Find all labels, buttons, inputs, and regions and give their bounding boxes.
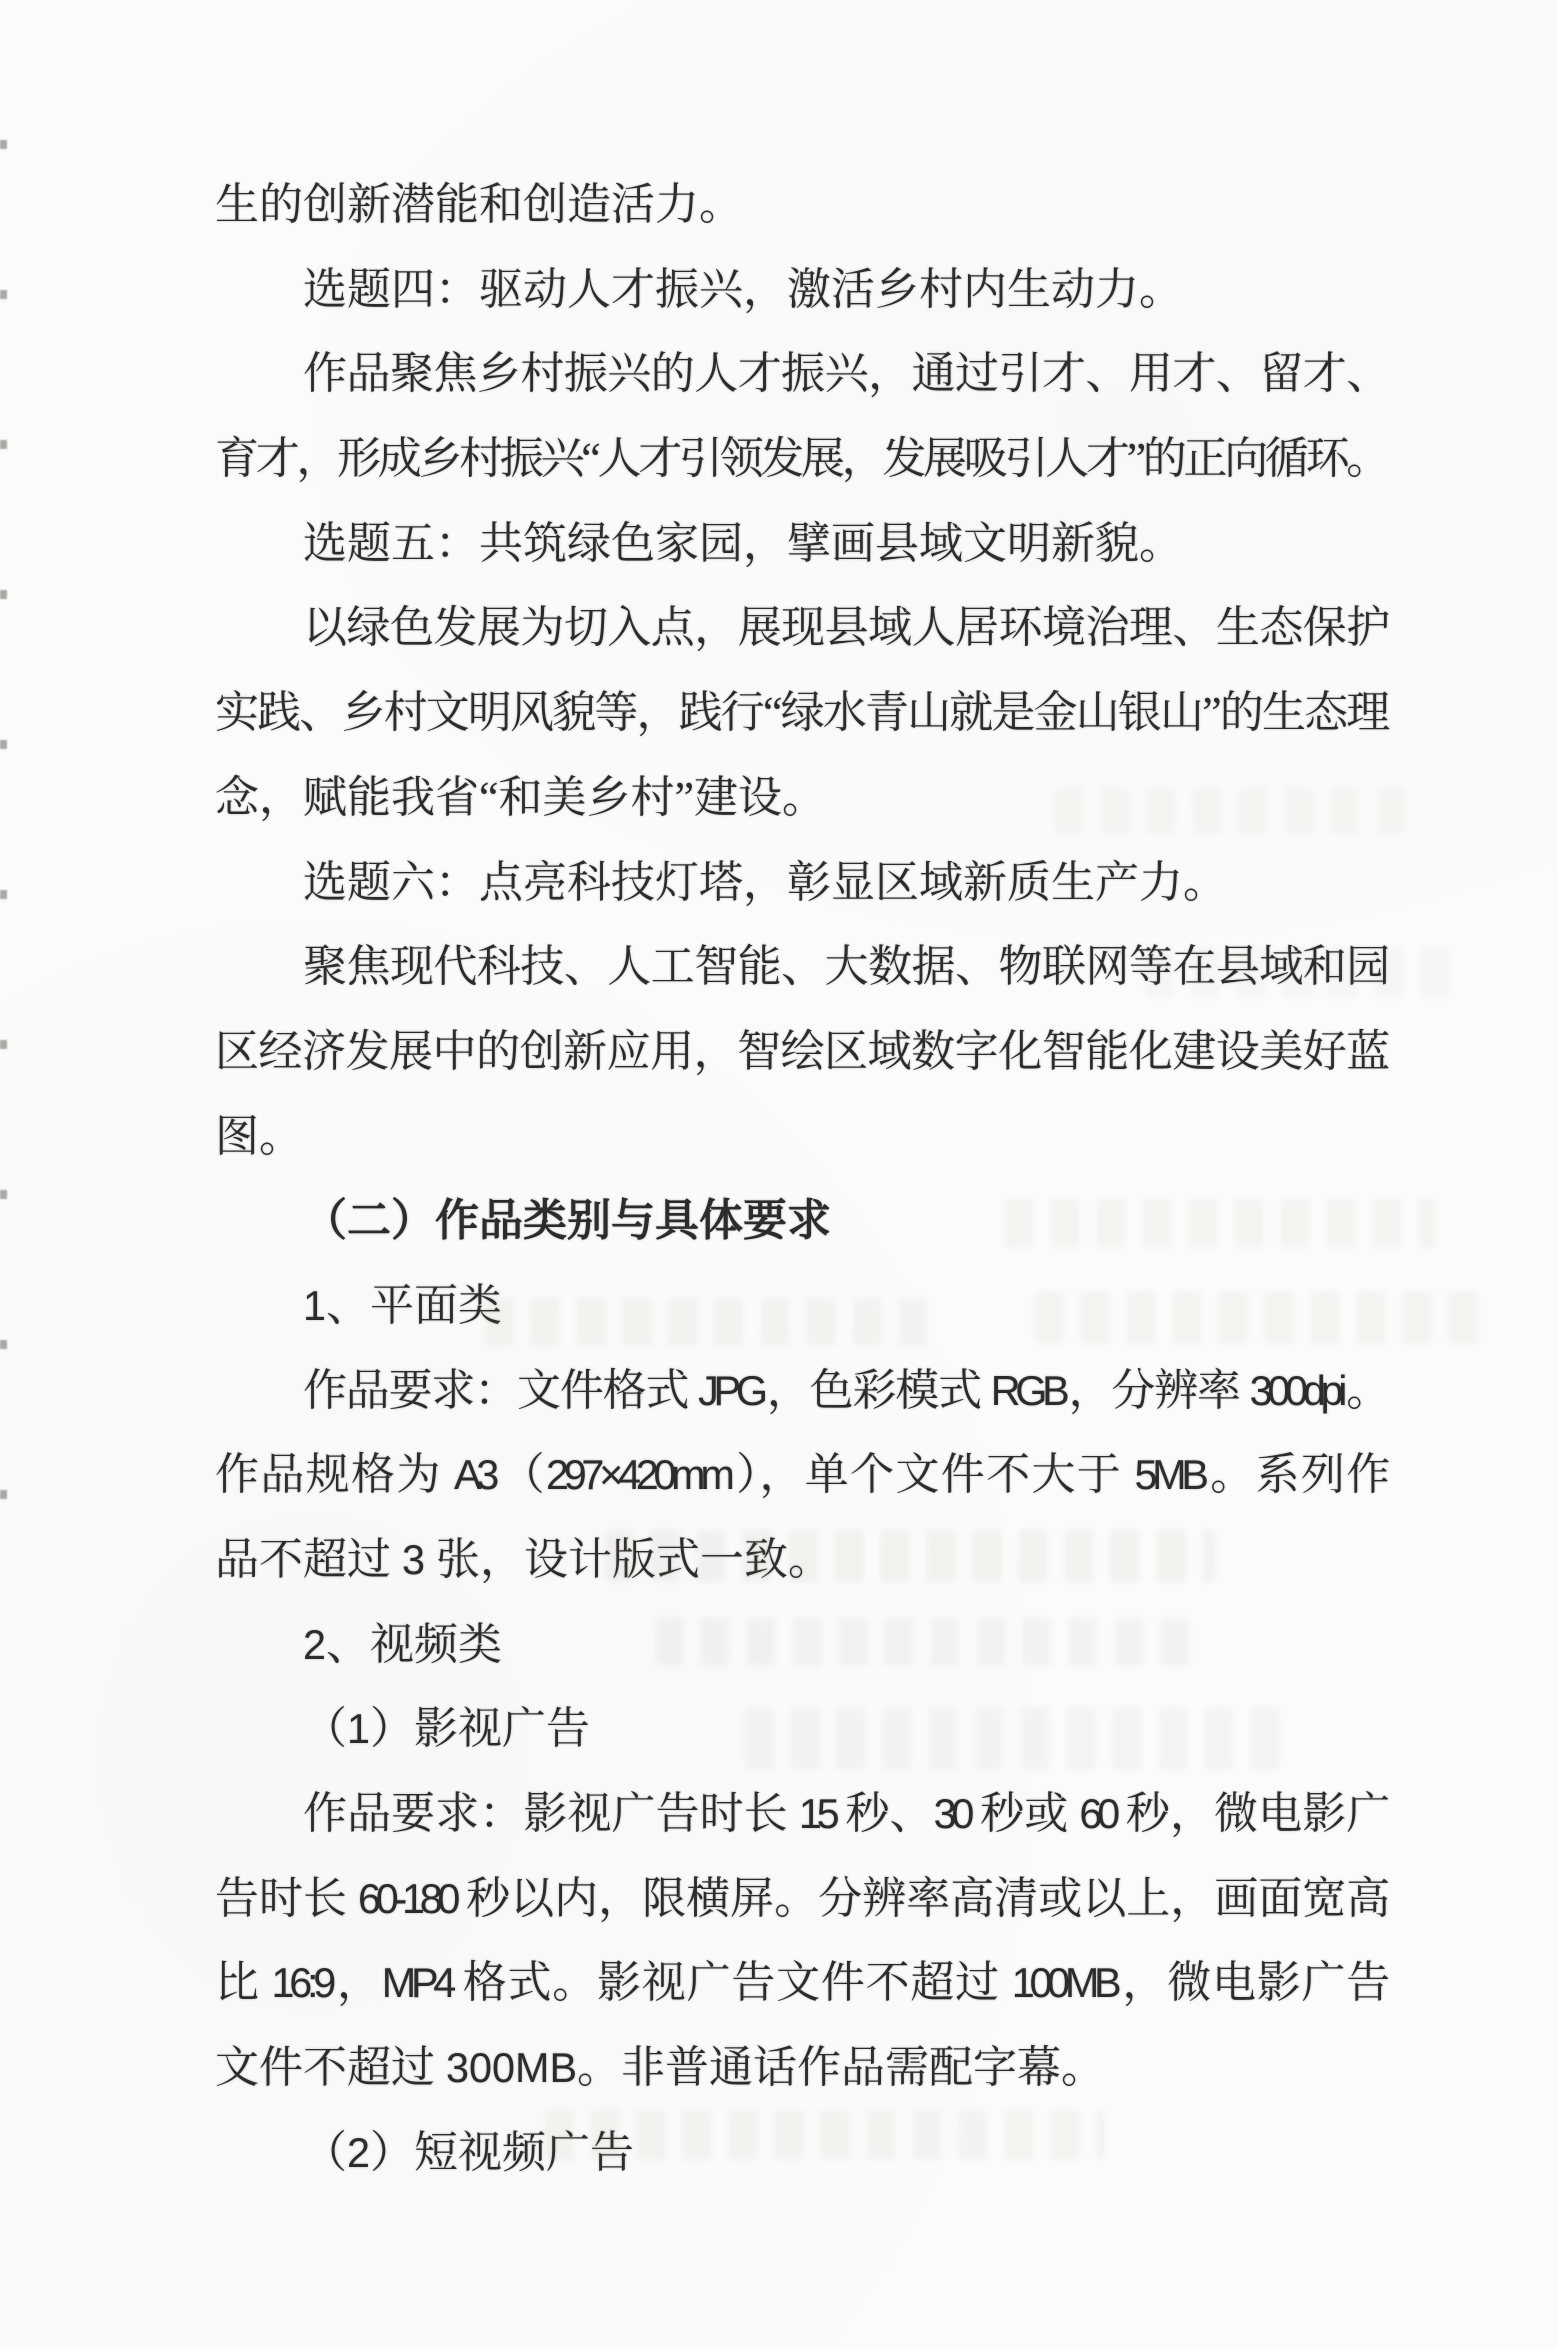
latin-text: 60-180 bbox=[358, 1876, 455, 1922]
doc-line: 作品规格为 A3（297×420mm），单个文件不大于 5MB。系列作 bbox=[215, 1433, 1385, 1518]
latin-text: 3 bbox=[402, 1537, 425, 1583]
latin-text: 5MB bbox=[1134, 1452, 1203, 1498]
scanned-document-page: 生的创新潜能和创造活力。选题四：驱动人才振兴，激活乡村内生动力。作品聚焦乡村振兴… bbox=[0, 0, 1557, 2349]
doc-line: 文件不超过 300MB。非普通话作品需配字幕。 bbox=[215, 2026, 1385, 2111]
doc-line: 实践、乡村文明风貌等，践行“绿水青山就是金山银山”的生态理 bbox=[215, 671, 1385, 756]
doc-line: 选题四：驱动人才振兴，激活乡村内生动力。 bbox=[215, 248, 1385, 333]
latin-text: 30 bbox=[934, 1791, 969, 1837]
doc-line: 作品聚焦乡村振兴的人才振兴，通过引才、用才、留才、 bbox=[215, 332, 1385, 417]
doc-line: 告时长 60-180 秒以内，限横屏。分辨率高清或以上，画面宽高 bbox=[215, 1857, 1385, 1942]
doc-line: 作品要求：文件格式 JPG，色彩模式 RGB，分辨率 300dpi。 bbox=[215, 1349, 1385, 1434]
doc-line: 育才，形成乡村振兴“人才引领发展，发展吸引人才”的正向循环。 bbox=[215, 417, 1385, 502]
doc-line: 以绿色发展为切入点，展现县域人居环境治理、生态保护 bbox=[215, 586, 1385, 671]
latin-text: 15 bbox=[799, 1791, 834, 1837]
doc-line: 生的创新潜能和创造活力。 bbox=[215, 163, 1385, 248]
doc-line: 选题六：点亮科技灯塔，彰显区域新质生产力。 bbox=[215, 841, 1385, 926]
latin-text: JPG bbox=[698, 1368, 763, 1414]
doc-line: 比 16:9，MP4 格式。影视广告文件不超过 100MB，微电影广告 bbox=[215, 1941, 1385, 2026]
latin-text: 2 bbox=[347, 2130, 370, 2176]
latin-text: 100MB bbox=[1012, 1960, 1117, 2006]
bleedthrough-smudge bbox=[655, 1618, 1205, 1666]
document-text-block: 生的创新潜能和创造活力。选题四：驱动人才振兴，激活乡村内生动力。作品聚焦乡村振兴… bbox=[215, 163, 1385, 2196]
latin-text: 300dpi bbox=[1250, 1368, 1343, 1414]
bleedthrough-smudge bbox=[1005, 1198, 1435, 1248]
latin-text: 16:9 bbox=[272, 1960, 331, 2006]
latin-text: 60 bbox=[1079, 1791, 1114, 1837]
latin-text: 300MB bbox=[446, 2045, 577, 2091]
latin-text: 1 bbox=[303, 1283, 326, 1329]
latin-text: RGB bbox=[991, 1368, 1065, 1414]
doc-line: 图。 bbox=[215, 1095, 1385, 1180]
bleedthrough-smudge bbox=[1145, 948, 1465, 998]
latin-text: MP4 bbox=[382, 1960, 451, 2006]
doc-line: 作品要求：影视广告时长 15 秒、30 秒或 60 秒，微电影广 bbox=[215, 1772, 1385, 1857]
bleedthrough-smudge bbox=[1035, 1292, 1495, 1344]
bleedthrough-smudge bbox=[605, 1530, 1215, 1582]
scan-edge-artifact bbox=[0, 140, 7, 1640]
latin-text: 297×420mm bbox=[546, 1452, 730, 1498]
latin-text: A3 bbox=[454, 1452, 494, 1498]
latin-text: 2 bbox=[303, 1622, 326, 1668]
doc-line: 选题五：共筑绿色家园，擘画县域文明新貌。 bbox=[215, 502, 1385, 587]
bleedthrough-smudge bbox=[1055, 788, 1405, 834]
bleedthrough-smudge bbox=[485, 1298, 935, 1346]
latin-text: 1 bbox=[347, 1706, 370, 1752]
bleedthrough-smudge bbox=[745, 1708, 1295, 1770]
bleedthrough-smudge bbox=[545, 2110, 1105, 2160]
doc-line: 区经济发展中的创新应用，智绘区域数字化智能化建设美好蓝 bbox=[215, 1010, 1385, 1095]
